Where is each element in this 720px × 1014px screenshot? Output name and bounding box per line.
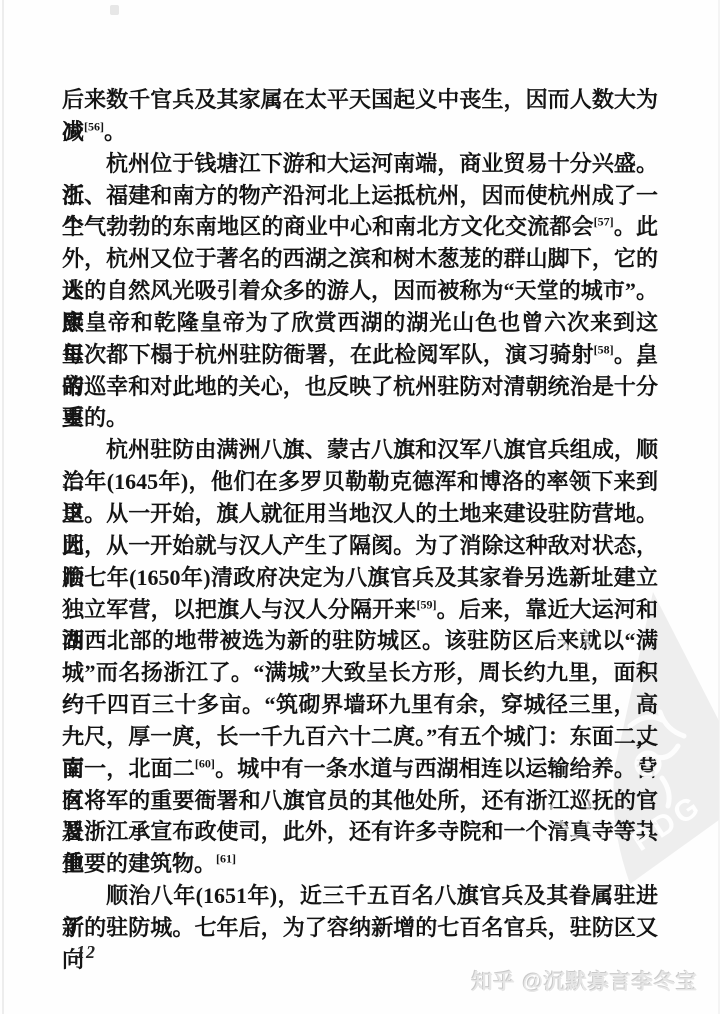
text-line: 九尺，厚一庹，长一千九百六十二庹。”有五个城门：东面二，南 [62,721,658,753]
footnote-marker: [59] [416,597,436,611]
text-line: 的巡幸和对此地的关心，也反映了杭州驻防对清朝统治是十分重 [62,371,658,403]
page-number: 12 [76,942,96,963]
footnote-marker: [60] [195,756,215,770]
footnote-marker: [61] [216,852,236,866]
text-line: 新的驻防城。七年后，为了容纳新增的七百名官兵，驻防区又向 [62,912,658,944]
text-line: 杭州位于钱塘江下游和大运河南端，商业贸易十分兴盛。浙 [62,148,658,180]
footnote-marker: [58] [594,342,614,356]
text-line: 生气勃勃的东南地区的商业中心和南北方文化交流都会[57]。此 [62,211,658,243]
text-line: 后来数千官兵及其家属在太平天国起义中丧生，因而人数大为减 [62,84,658,116]
text-line: 外，杭州又位于著名的西湖之滨和树木葱茏的群山脚下，它的迷 [62,243,658,275]
scan-edge-left [2,0,4,1014]
text-line: 一千四百三十多亩。“筑砌界墙环九里有余，穿城径三里，高一丈 [62,689,658,721]
text-line: 治七年(1650年)清政府决定为八旗官兵及其家眷另选新址建立 [62,562,658,594]
text-line: 人的自然风光吸引着众多的游人，因而被称为“天堂的城市”。康 [62,275,658,307]
text-line: 重要的建筑物。[61] [62,848,658,880]
text-line: 要的。 [62,402,658,434]
text-line: 此，从一开始就与汉人产生了隔阂。为了消除这种敌对状态，顺 [62,530,658,562]
text-line: 湖西北部的地带被选为新的驻防城区。该驻防区后来就以“满 [62,625,658,657]
text-line: 每次都下榻于杭州驻防衙署，在此检阅军队，演习骑射[58]。皇帝 [62,339,658,371]
text-line: 顺治八年(1651年)，近三千五百名八旗官兵及其眷属驻进了 [62,880,658,912]
text-line: 熙皇帝和乾隆皇帝为了欣赏西湖的湖光山色也曾六次来到这里， [62,307,658,339]
text-line: 及浙江承宣布政使司，此外，还有许多寺院和一个清真寺等其他 [62,816,658,848]
text-line: 江、福建和南方的物产沿河北上运抵杭州，因而使杭州成了一个 [62,180,658,212]
text-line: 城”而名扬浙江了。“满城”大致呈长方形，周长约九里，面积约 [62,657,658,689]
zhihu-watermark: 知乎 @沉默寡言李冬宝 [472,966,698,996]
text-line: 面一，北面二[60]。城中有一条水道与西湖相连以运输给养。营区 [62,753,658,785]
text-line: 里。从一开始，旗人就征用当地汉人的土地来建设驻防营地。因 [62,498,658,530]
scan-speck [110,5,119,15]
footnote-marker: [57] [594,215,614,229]
text-line: 独立军营，以把旗人与汉人分隔开来[59]。后来，靠近大运河和西 [62,594,658,626]
text-line: 二年(1645年)，他们在多罗贝勒勒克德浑和博洛的率领下来到这 [62,466,658,498]
text-block: 后来数千官兵及其家属在太平天国起义中丧生，因而人数大为减少[56]。杭州位于钱塘… [62,84,658,944]
text-line: 杭州驻防由满洲八旗、蒙古八旗和汉军八旗官兵组成，顺治 [62,434,658,466]
text-line: 有将军的重要衙署和八旗官员的其他处所，还有浙江巡抚的官署 [62,785,658,817]
text-line: 少[56]。 [62,116,658,148]
footnote-marker: [56] [84,120,104,134]
scanned-book-page: 后来数千官兵及其家属在太平天国起义中丧生，因而人数大为减少[56]。杭州位于钱塘… [0,0,720,1014]
